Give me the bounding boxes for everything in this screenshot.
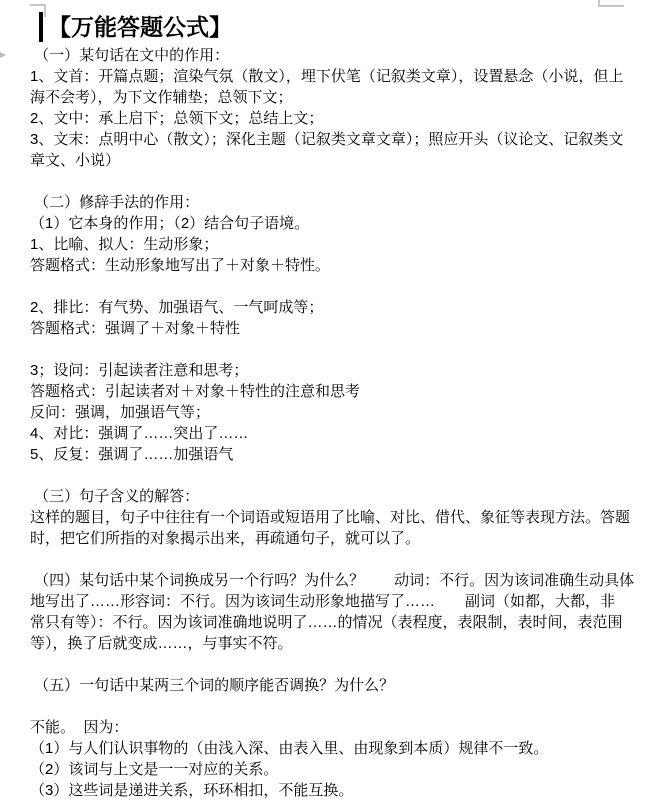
text-line[interactable] — [30, 654, 630, 675]
text-line[interactable]: 1、比喻、拟人：生动形象； — [30, 234, 630, 255]
text-line[interactable]: 答题格式：强调了＋对象＋特性 — [30, 318, 630, 339]
text-line[interactable]: 时，把它们所指的对象揭示出来，再疏通句子，就可以了。 — [30, 528, 630, 549]
text-line[interactable]: （1）它本身的作用；（2）结合句子语境。 — [30, 213, 630, 234]
text-line[interactable]: 不能。 因为： — [30, 717, 630, 738]
text-cursor-caret — [39, 12, 43, 42]
text-line[interactable]: 2、文中：承上启下；总领下文；总结上文； — [30, 108, 630, 129]
text-line[interactable]: （1）与人们认识事物的（由浅入深、由表入里、由现象到本质）规律不一致。 — [30, 738, 630, 759]
text-line[interactable]: （四）某句话中某个词换成另一个行吗？为什么？ 动词：不行。因为该词准确生动具体 — [30, 570, 630, 591]
text-line[interactable]: 章文、小说） — [30, 150, 630, 171]
text-line[interactable]: 常只有等）：不行。因为该词准确地说明了……的情况（表程度，表限制，表时间，表范围 — [30, 612, 630, 633]
title-row[interactable]: 【万能答题公式】 — [39, 12, 232, 42]
text-line[interactable]: （五）一句话中某两三个词的顺序能否调换？为什么？ — [30, 675, 630, 696]
text-line[interactable]: （二）修辞手法的作用： — [30, 192, 630, 213]
text-line[interactable] — [30, 549, 630, 570]
text-line[interactable]: （3）这些词是递进关系，环环相扣，不能互换。 — [30, 780, 630, 801]
text-line[interactable] — [30, 339, 630, 360]
margin-crop-mark-top-right-horizontal — [598, 5, 624, 7]
text-line[interactable] — [30, 171, 630, 192]
text-line[interactable] — [30, 276, 630, 297]
text-line[interactable]: 2、排比：有气势、加强语气、一气呵成等； — [30, 297, 630, 318]
text-line[interactable]: 反问：强调，加强语气等； — [30, 402, 630, 423]
text-line[interactable] — [30, 696, 630, 717]
page-title[interactable]: 【万能答题公式】 — [48, 12, 232, 42]
text-line[interactable]: （三）句子含义的解答： — [30, 486, 630, 507]
text-line[interactable]: 3；设问：引起读者注意和思考； — [30, 360, 630, 381]
text-line[interactable]: （2）该词与上文是一一对应的关系。 — [30, 759, 630, 780]
text-line[interactable]: 海不会考），为下文作辅垫；总领下文； — [30, 87, 630, 108]
document-page[interactable]: 【万能答题公式】 （一）某句话在文中的作用：1、文首：开篇点题；渲染气氛（散文）… — [0, 0, 646, 812]
document-body[interactable]: （一）某句话在文中的作用：1、文首：开篇点题；渲染气氛（散文），埋下伏笔（记叙类… — [30, 45, 630, 801]
text-line[interactable]: 答题格式：引起读者对＋对象＋特性的注意和思考 — [30, 381, 630, 402]
text-line[interactable]: 4、对比：强调了……突出了…… — [30, 423, 630, 444]
text-line[interactable]: 等），换了后就变成……，与事实不符。 — [30, 633, 630, 654]
text-line[interactable]: 3、文末：点明中心（散文）；深化主题（记叙类文章文章）；照应开头（议论文、记叙类… — [30, 129, 630, 150]
text-line[interactable] — [30, 465, 630, 486]
text-line[interactable]: 5、反复：强调了……加强语气 — [30, 444, 630, 465]
text-line[interactable]: 1、文首：开篇点题；渲染气氛（散文），埋下伏笔（记叙类文章），设置悬念（小说，但… — [30, 66, 630, 87]
text-line[interactable]: 这样的题目，句子中往往有一个词语或短语用了比喻、对比、借代、象征等表现方法。答题 — [30, 507, 630, 528]
text-line[interactable]: 地写出了……形容词：不行。因为该词生动形象地描写了…… 副词（如都，大都，非 — [30, 591, 630, 612]
pointer-fragment-icon — [0, 52, 6, 58]
text-line[interactable]: 答题格式：生动形象地写出了＋对象＋特性。 — [30, 255, 630, 276]
text-line[interactable]: （一）某句话在文中的作用： — [30, 45, 630, 66]
